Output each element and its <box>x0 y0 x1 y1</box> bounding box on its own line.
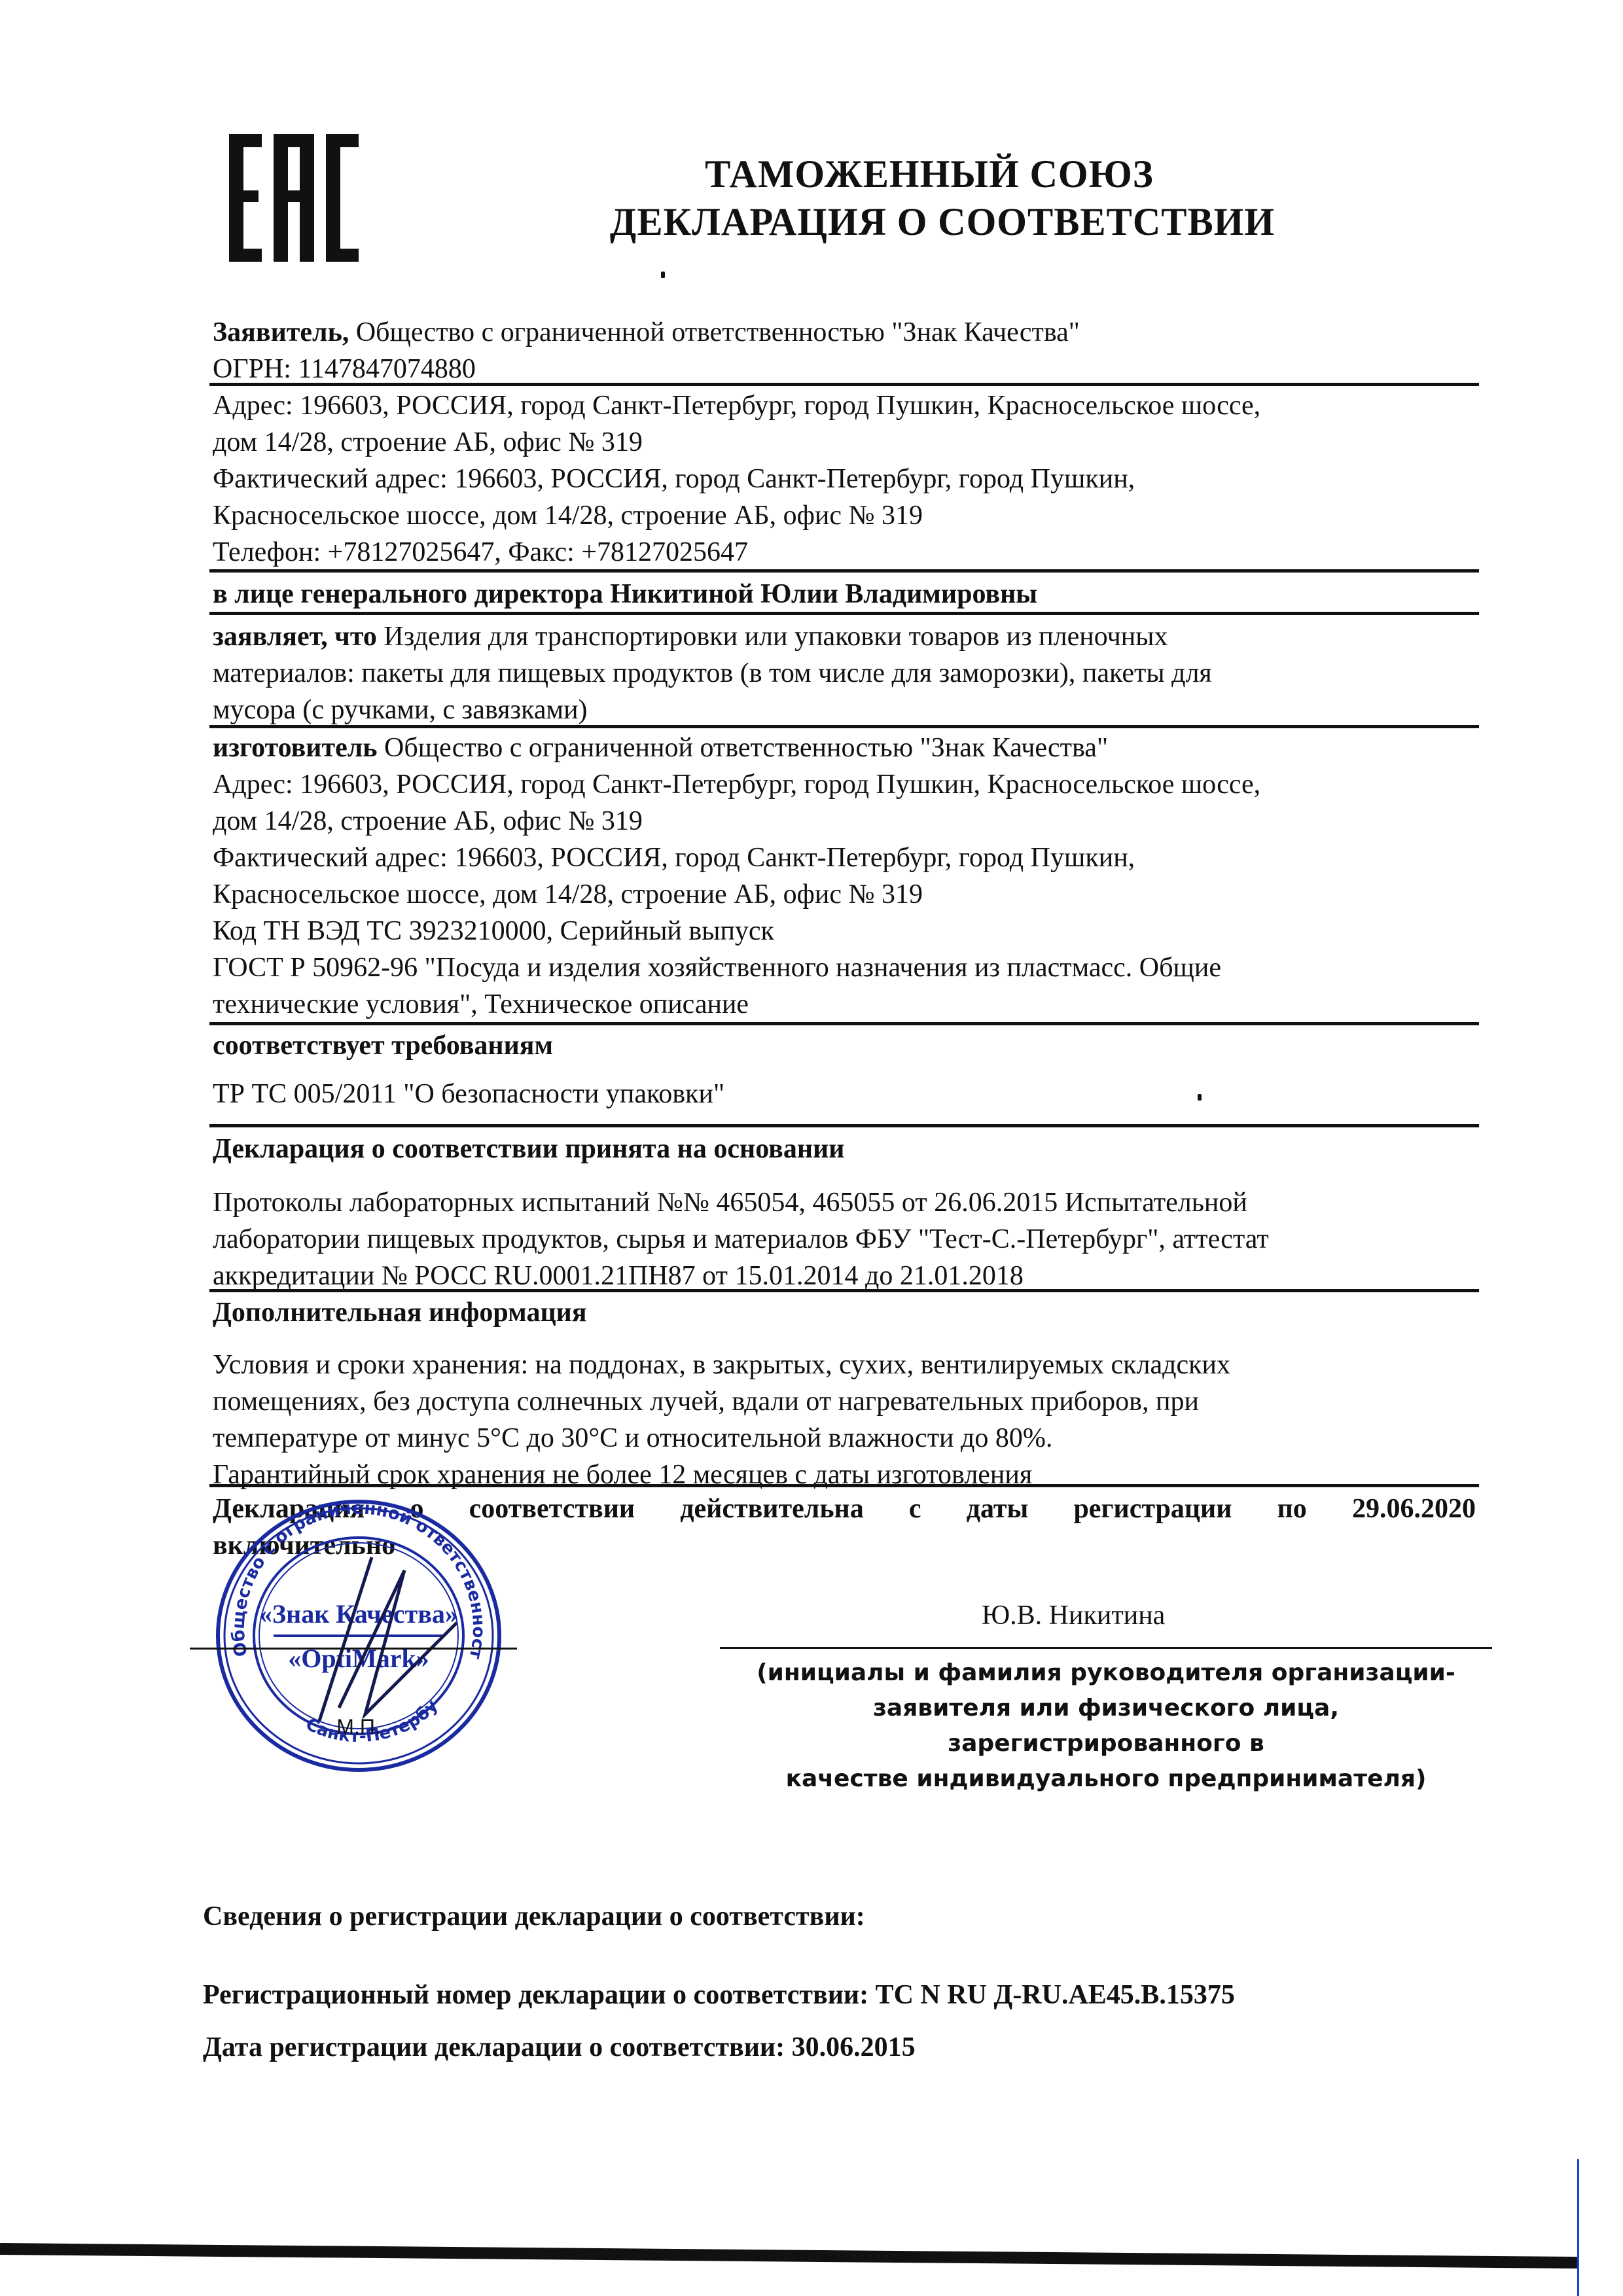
actual-address-line: Фактический адрес: 196603, РОССИЯ, город… <box>213 839 1476 876</box>
validity-word: действительна <box>680 1491 864 1527</box>
validity-word: по <box>1277 1491 1307 1527</box>
bottom-border <box>0 2243 1578 2269</box>
validity-word: регистрации <box>1073 1491 1232 1527</box>
conforms-section: соответствует требованиям ТР ТС 005/2011… <box>213 1027 1476 1112</box>
divider <box>209 383 1479 386</box>
basis-line: лаборатории пищевых продуктов, сырья и м… <box>213 1221 1476 1258</box>
address-line: Адрес: 196603, РОССИЯ, город Санкт-Петер… <box>213 387 1476 424</box>
additional-heading: Дополнительная информация <box>213 1294 1476 1331</box>
actual-address-line: Красносельское шоссе, дом 14/28, строени… <box>213 497 1476 534</box>
validity-word: с <box>909 1491 921 1527</box>
svg-text:М.П.: М.П. <box>336 1715 380 1739</box>
applicant-name: Общество с ограниченной ответственностью… <box>349 317 1080 347</box>
signatory-caption: (инициалы и фамилия руководителя организ… <box>733 1655 1479 1797</box>
caption-line: (инициалы и фамилия руководителя организ… <box>733 1655 1479 1691</box>
manufacturer-section: изготовитель Общество с ограниченной отв… <box>213 730 1476 1023</box>
scan-edge <box>1577 2159 1579 2296</box>
caption-line: качестве индивидуального предпринимателя… <box>733 1761 1479 1797</box>
address-line: Адрес: 196603, РОССИЯ, город Санкт-Петер… <box>213 766 1476 803</box>
tr-ts-value: ТР ТС 005/2011 "О безопасности упаковки" <box>213 1076 1476 1112</box>
scan-speck <box>661 272 665 278</box>
declares-label: заявляет, что <box>213 622 377 652</box>
signatory-underline <box>720 1647 1492 1649</box>
divider <box>209 612 1479 615</box>
divider <box>209 1124 1479 1127</box>
represented-by-text: в лице генерального директора Никитиной … <box>213 576 1476 612</box>
address-line: дом 14/28, строение АБ, офис № 319 <box>213 424 1476 461</box>
applicant-address-section: Адрес: 196603, РОССИЯ, город Санкт-Петер… <box>213 387 1476 571</box>
declares-section: заявляет, что Изделия для транспортировк… <box>213 618 1476 728</box>
caption-line: заявителя или физического лица, зарегист… <box>733 1691 1479 1761</box>
validity-date: 29.06.2020 <box>1352 1491 1476 1527</box>
eac-logo-icon <box>229 134 360 262</box>
manufacturer-name: Общество с ограниченной ответственностью… <box>378 733 1109 763</box>
validity-word: даты <box>967 1491 1029 1527</box>
registration-date: Дата регистрации декларации о соответств… <box>203 2032 916 2063</box>
conforms-heading: соответствует требованиям <box>213 1027 1476 1064</box>
gost-line: ГОСТ Р 50962-96 "Посуда и изделия хозяйс… <box>213 949 1476 986</box>
basis-heading: Декларация о соответствии принята на осн… <box>213 1131 1476 1167</box>
represented-by: в лице генерального директора Никитиной … <box>213 576 1476 612</box>
svg-text:«Знак Качества»: «Знак Качества» <box>259 1599 458 1629</box>
divider <box>209 1022 1479 1025</box>
applicant-label: Заявитель, <box>213 317 349 347</box>
storage-line: помещениях, без доступа солнечных лучей,… <box>213 1383 1476 1420</box>
divider <box>209 1289 1479 1292</box>
additional-section: Дополнительная информация Условия и срок… <box>213 1294 1476 1493</box>
manufacturer-label: изготовитель <box>213 733 378 763</box>
scan-speck <box>1198 1094 1202 1101</box>
product-text: Изделия для транспортировки или упаковки… <box>377 622 1168 652</box>
company-seal-icon: Общество с ограниченной ответственностью… <box>208 1492 509 1780</box>
actual-address-line: Фактический адрес: 196603, РОССИЯ, город… <box>213 461 1476 497</box>
actual-address-line: Красносельское шоссе, дом 14/28, строени… <box>213 876 1476 913</box>
divider <box>209 569 1479 573</box>
basis-line: Протоколы лабораторных испытаний №№ 4650… <box>213 1184 1476 1221</box>
title-customs-union: ТАМОЖЕННЫЙ СОЮЗ <box>647 152 1211 197</box>
storage-line: температуре от минус 5°С до 30°С и относ… <box>213 1420 1476 1457</box>
signature-line <box>190 1648 517 1650</box>
divider <box>209 1484 1479 1487</box>
storage-line: Условия и сроки хранения: на поддонах, в… <box>213 1347 1476 1383</box>
address-line: дом 14/28, строение АБ, офис № 319 <box>213 803 1476 839</box>
registration-heading: Сведения о регистрации декларации о соот… <box>203 1901 865 1932</box>
product-text: материалов: пакеты для пищевых продуктов… <box>213 655 1476 692</box>
phone-fax: Телефон: +78127025647, Факс: +7812702564… <box>213 534 1476 571</box>
applicant-section: Заявитель, Общество с ограниченной ответ… <box>213 314 1476 387</box>
gost-line: технические условия", Техническое описан… <box>213 986 1476 1023</box>
basis-section: Декларация о соответствии принята на осн… <box>213 1131 1476 1294</box>
product-text: мусора (с ручками, с завязками) <box>213 692 1476 728</box>
applicant-ogrn: ОГРН: 1147847074880 <box>213 351 1476 387</box>
divider <box>209 725 1479 728</box>
registration-number: Регистрационный номер декларации о соотв… <box>203 1979 1235 2011</box>
warranty-line: Гарантийный срок хранения не более 12 ме… <box>213 1457 1476 1493</box>
title-declaration: ДЕКЛАРАЦИЯ О СООТВЕТСТВИИ <box>571 200 1315 245</box>
signatory-name: Ю.В. Никитина <box>982 1600 1165 1631</box>
tn-ved-code: Код ТН ВЭД ТС 3923210000, Серийный выпус… <box>213 913 1476 949</box>
